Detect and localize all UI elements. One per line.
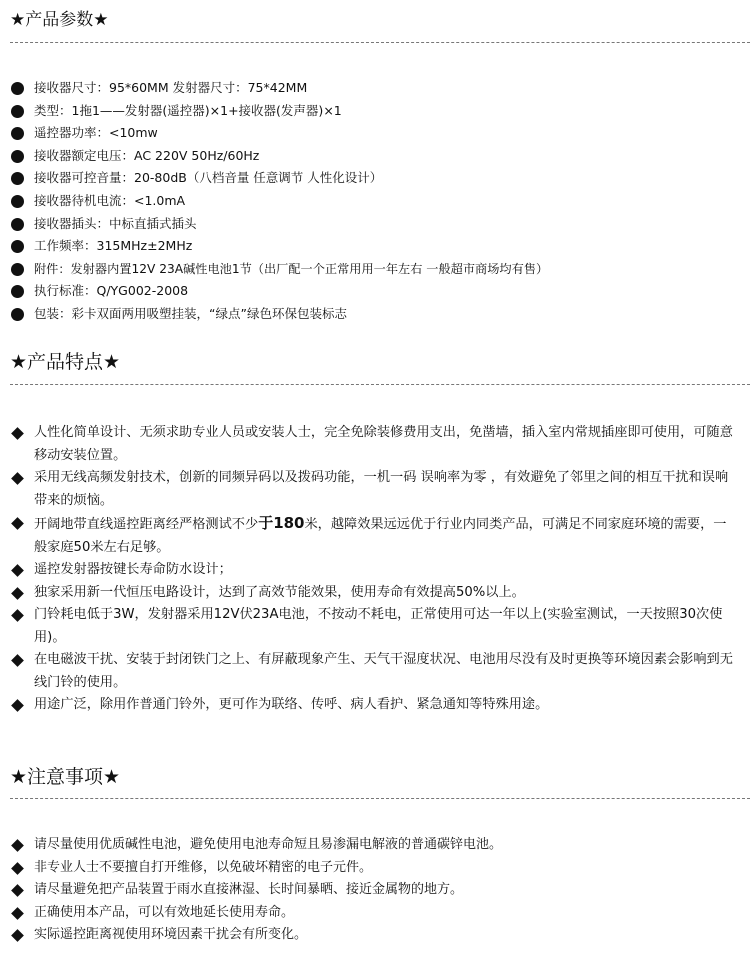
list-item: 包装：彩卡双面两用吸塑挂装，“绿点”绿色环保包装标志 — [0, 303, 750, 326]
list-item: 人性化简单设计、无须求助专业人员或安装人士，完全免除装修费用支出，免凿墙，插入室… — [0, 422, 750, 467]
diamond-bullet-icon — [11, 862, 24, 875]
features-list: 人性化简单设计、无须求助专业人员或安装人士，完全免除装修费用支出，免凿墙，插入室… — [0, 422, 750, 717]
dashed-divider — [10, 384, 750, 385]
list-item: 非专业人士不要擅自打开维修，以免破坏精密的电子元件。 — [0, 857, 750, 880]
distance-emphasis: 于180 — [258, 514, 304, 532]
list-item: 执行标准：Q/YG002-2008 — [0, 280, 750, 303]
circle-bullet-icon — [11, 263, 24, 276]
list-item: 类型：1拖1——发射器(遥控器)×1+接收器(发声器)×1 — [0, 100, 750, 123]
list-item: 接收器尺寸：95*60MM 发射器尺寸：75*42MM — [0, 77, 750, 100]
section-title-notes: ★注意事项★ — [10, 765, 120, 789]
circle-bullet-icon — [11, 127, 24, 140]
list-item: 接收器额定电压：AC 220V 50Hz/60Hz — [0, 145, 750, 168]
diamond-bullet-icon — [11, 587, 24, 600]
diamond-bullet-icon — [11, 609, 24, 622]
list-item: 遥控器功率：<10mw — [0, 122, 750, 145]
circle-bullet-icon — [11, 82, 24, 95]
diamond-bullet-icon — [11, 472, 24, 485]
list-item: 采用无线高频发射技术，创新的同频异码以及拨码功能，一机一码 误响率为零 ，有效避… — [0, 467, 750, 512]
list-item: 工作频率：315MHz±2MHz — [0, 235, 750, 258]
circle-bullet-icon — [11, 285, 24, 298]
circle-bullet-icon — [11, 240, 24, 253]
diamond-bullet-icon — [11, 654, 24, 667]
list-item: 正确使用本产品，可以有效地延长使用寿命。 — [0, 902, 750, 925]
circle-bullet-icon — [11, 150, 24, 163]
list-item: 门铃耗电低于3W，发射器采用12V伏23A电池，不按动不耗电，正常使用可达一年以… — [0, 604, 750, 649]
list-item: 接收器可控音量：20-80dB（八档音量 任意调节 人性化设计） — [0, 167, 750, 190]
dashed-divider — [10, 42, 750, 43]
list-item: 请尽量避免把产品装置于雨水直接淋湿、长时间暴晒、接近金属物的地方。 — [0, 879, 750, 902]
list-item: 接收器待机电流：<1.0mA — [0, 190, 750, 213]
list-item: 遥控发射器按键长寿命防水设计； — [0, 559, 750, 582]
circle-bullet-icon — [11, 308, 24, 321]
notes-list: 请尽量使用优质碱性电池，避免使用电池寿命短且易渗漏电解液的普通碳锌电池。 非专业… — [0, 834, 750, 947]
section-title-params: ★产品参数★ — [10, 10, 108, 30]
list-item: 用途广泛，除用作普通门铃外，更可作为联络、传呼、病人看护、紧急通知等特殊用途。 — [0, 694, 750, 717]
circle-bullet-icon — [11, 105, 24, 118]
list-item: 独家采用新一代恒压电路设计，达到了高效节能效果，使用寿命有效提高50%以上。 — [0, 582, 750, 605]
params-list: 接收器尺寸：95*60MM 发射器尺寸：75*42MM 类型：1拖1——发射器(… — [0, 77, 750, 326]
dashed-divider — [10, 798, 750, 799]
diamond-bullet-icon — [11, 699, 24, 712]
diamond-bullet-icon — [11, 427, 24, 440]
list-item: 请尽量使用优质碱性电池，避免使用电池寿命短且易渗漏电解液的普通碳锌电池。 — [0, 834, 750, 857]
diamond-bullet-icon — [11, 884, 24, 897]
circle-bullet-icon — [11, 195, 24, 208]
diamond-bullet-icon — [11, 564, 24, 577]
list-item: 接收器插头：中标直插式插头 — [0, 213, 750, 236]
list-item: 附件：发射器内置12V 23A碱性电池1节（出厂配一个正常用用一年左右 一般超市… — [0, 258, 750, 281]
diamond-bullet-icon — [11, 839, 24, 852]
circle-bullet-icon — [11, 218, 24, 231]
diamond-bullet-icon — [11, 930, 24, 943]
diamond-bullet-icon — [11, 907, 24, 920]
list-item: 在电磁波干扰、安装于封闭铁门之上、有屏蔽现象产生、天气干湿度状况、电池用尽没有及… — [0, 649, 750, 694]
diamond-bullet-icon — [11, 517, 24, 530]
list-item: 开阔地带直线遥控距离经严格测试不少于180米，越障效果远远优于行业内同类产品，可… — [0, 512, 750, 559]
circle-bullet-icon — [11, 172, 24, 185]
list-item: 实际遥控距离视使用环境因素干扰会有所变化。 — [0, 924, 750, 947]
section-title-features: ★产品特点★ — [10, 350, 120, 374]
